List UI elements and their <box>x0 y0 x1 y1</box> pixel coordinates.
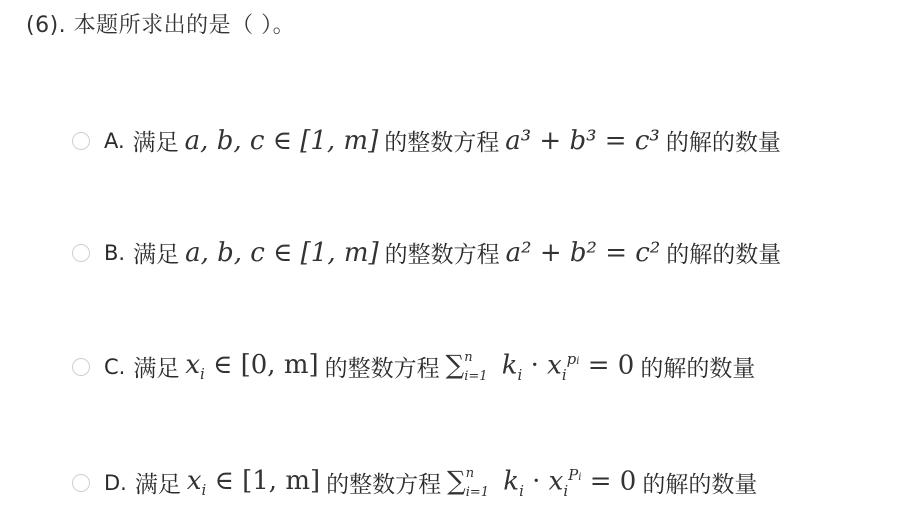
domain-var: x <box>187 466 202 496</box>
option-mid: 的整数方程 <box>384 124 499 157</box>
sum-bottom: i=1 <box>466 486 489 499</box>
term-x-sub: i <box>562 366 567 384</box>
rhs: = 0 <box>588 351 635 381</box>
sup-sub: i <box>578 472 581 483</box>
option-b[interactable]: B. 满足 a, b, c ∈ [1, m] 的整数方程 a² + b² = c… <box>72 236 781 269</box>
term-k-sub: i <box>519 482 524 500</box>
radio-button-d[interactable] <box>72 474 90 492</box>
option-suffix: 的解的数量 <box>640 350 755 383</box>
option-domain-math: a, b, c ∈ [1, m] <box>185 126 379 156</box>
option-equation: ∑ni=1 ki · xiPi = 0 <box>447 466 636 500</box>
option-equation: a² + b² = c² <box>506 238 661 268</box>
radio-button-c[interactable] <box>72 358 90 376</box>
term-k: k <box>502 351 518 381</box>
sup-sub: i <box>576 356 579 367</box>
option-domain-math: a, b, c ∈ [1, m] <box>185 238 379 268</box>
option-suffix: 的解的数量 <box>642 466 757 499</box>
sum-symbol: ∑ <box>447 467 466 497</box>
domain-var: x <box>185 350 200 380</box>
option-prefix: 满足 <box>133 350 179 383</box>
sum-symbol: ∑ <box>446 351 465 381</box>
domain-rest: ∈ [1, m] <box>215 466 321 496</box>
term-x: x <box>547 351 562 381</box>
option-letter: C. <box>104 355 125 379</box>
sup-base: P <box>568 466 578 484</box>
sum-top: n <box>464 351 487 364</box>
domain-sub: i <box>202 482 207 500</box>
sum-limits: ni=1 <box>464 351 487 383</box>
option-prefix: 满足 <box>135 466 181 499</box>
option-d[interactable]: D. 满足 xi ∈ [1, m] 的整数方程 ∑ni=1 ki · xiPi … <box>72 466 757 500</box>
sum-bottom: i=1 <box>464 370 487 383</box>
option-prefix: 满足 <box>133 236 179 269</box>
option-mid: 的整数方程 <box>325 350 440 383</box>
option-domain-math: xi ∈ [0, m] <box>185 350 318 383</box>
option-a[interactable]: A. 满足 a, b, c ∈ [1, m] 的整数方程 a³ + b³ = c… <box>72 124 781 157</box>
sum-top: n <box>466 467 489 480</box>
radio-button-a[interactable] <box>72 132 90 150</box>
option-suffix: 的解的数量 <box>666 124 781 157</box>
option-letter: B. <box>104 241 125 265</box>
radio-button-b[interactable] <box>72 244 90 262</box>
domain-rest: ∈ [0, m] <box>213 350 319 380</box>
term-x-sup: pi <box>567 350 580 368</box>
option-mid: 的整数方程 <box>326 466 441 499</box>
term-x: x <box>549 467 564 497</box>
term-x-sub: i <box>563 482 568 500</box>
term-k: k <box>503 467 519 497</box>
option-mid: 的整数方程 <box>385 236 500 269</box>
option-prefix: 满足 <box>133 124 179 157</box>
sup-base: p <box>567 350 577 368</box>
dot-operator: · <box>532 467 549 497</box>
option-letter: A. <box>104 129 125 153</box>
option-c[interactable]: C. 满足 xi ∈ [0, m] 的整数方程 ∑ni=1 ki · xipi … <box>72 350 755 384</box>
option-letter: D. <box>104 471 127 495</box>
question-title: (6). 本题所求出的是（ ）。 <box>26 8 295 39</box>
option-domain-math: xi ∈ [1, m] <box>187 466 320 499</box>
dot-operator: · <box>531 351 548 381</box>
sum-limits: ni=1 <box>466 467 489 499</box>
option-equation: a³ + b³ = c³ <box>505 126 660 156</box>
term-x-sup: Pi <box>568 466 581 484</box>
domain-sub: i <box>200 366 205 384</box>
rhs: = 0 <box>590 467 637 497</box>
option-equation: ∑ni=1 ki · xipi = 0 <box>446 350 635 384</box>
option-suffix: 的解的数量 <box>666 236 781 269</box>
term-k-sub: i <box>518 366 523 384</box>
